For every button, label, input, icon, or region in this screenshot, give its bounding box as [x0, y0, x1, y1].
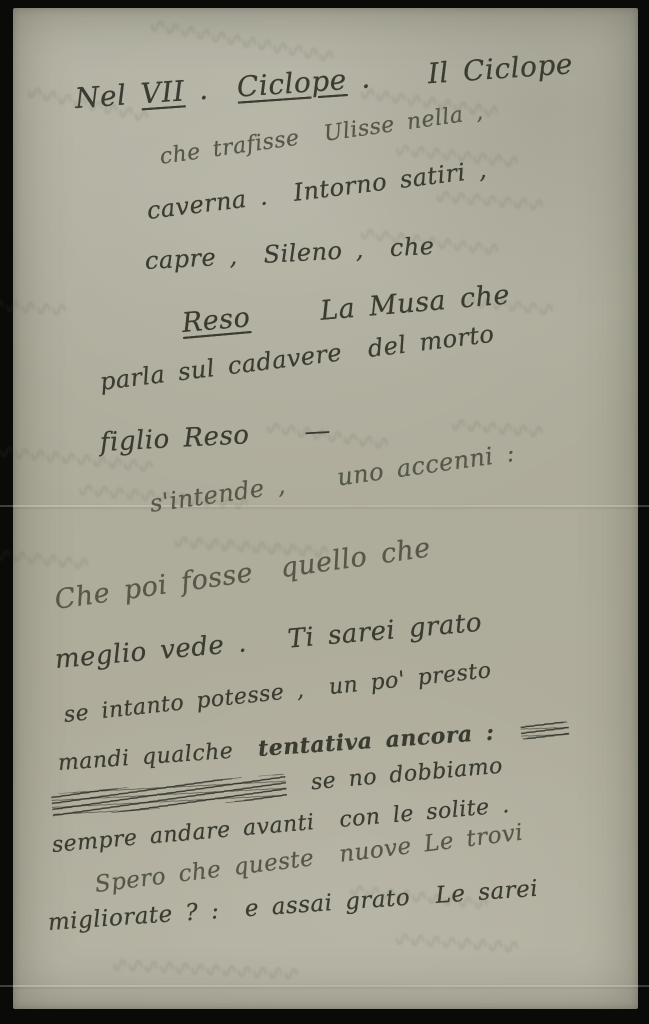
manuscript-line: figlio Reso —: [99, 416, 331, 458]
manuscript-line: capre , Sileno , che: [144, 232, 435, 275]
manuscript-text: Reso: [181, 302, 252, 339]
scribbled-out-text: [520, 721, 569, 739]
manuscript-text: Che poi fosse quello che: [53, 532, 433, 615]
manuscript-line: caverna . Intorno satiri ,: [145, 155, 488, 224]
manuscript-text: che trafisse Ulisse nella ,: [158, 100, 485, 170]
manuscript-text: se no dobbiamo: [285, 754, 504, 798]
manuscript-text: Ciclope: [236, 63, 348, 104]
manuscript-text: .: [183, 71, 238, 108]
manuscript-text: VII: [140, 74, 186, 110]
manuscript-text: mandi qualche: [57, 737, 259, 776]
manuscript-text: parla sul cadavere del morto: [98, 320, 496, 396]
manuscript-text: caverna . Intorno satiri ,: [145, 155, 488, 224]
manuscript-text: Nel: [74, 77, 142, 115]
manuscript-text: . Il Ciclope: [345, 47, 573, 96]
manuscript-line: che trafisse Ulisse nella ,: [158, 100, 485, 170]
scribbled-out-text: [51, 774, 287, 818]
manuscript-line: parla sul cadavere del morto: [98, 320, 496, 396]
manuscript-text: capre , Sileno , che: [144, 232, 435, 275]
manuscript-line: Che poi fosse quello che: [53, 532, 433, 615]
handwriting-layer: Nel VII . Ciclope . Il Ciclopeche trafis…: [0, 0, 649, 1024]
photo-frame: ∿∿∿∿∿∿∿∿∿∿∿∿∿∿∿∿∿∿∿∿∿∿∿∿∿∿∿∿∿∿∿∿∿∿∿∿∿∿∿∿…: [0, 0, 649, 1024]
manuscript-text: figlio Reso —: [99, 416, 331, 458]
manuscript-line: Nel VII . Ciclope . Il Ciclope: [74, 47, 574, 115]
